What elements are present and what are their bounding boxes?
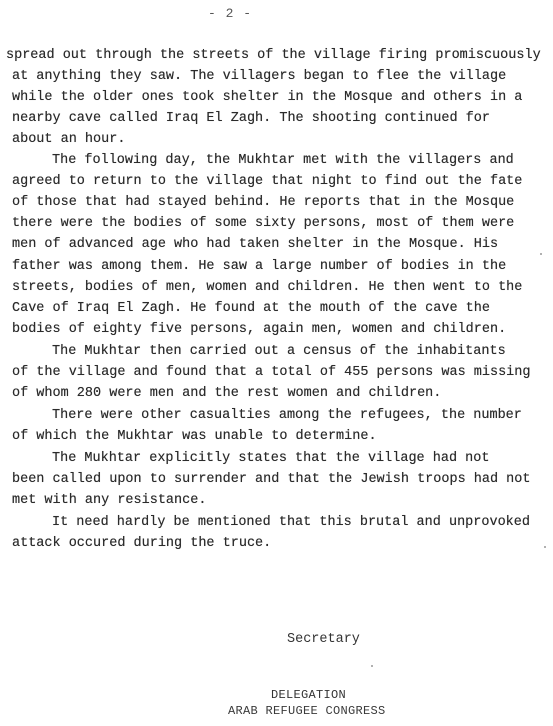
paragraph-line: Cave of Iraq El Zagh. He found at the mo… <box>12 301 490 317</box>
page-number: - 2 - <box>0 6 460 21</box>
paragraph-line: about an hour. <box>12 132 125 148</box>
paragraph-line: of whom 280 were men and the rest women … <box>12 386 441 402</box>
paragraph-line: at anything they saw. The villagers bega… <box>12 69 506 85</box>
paragraph-line: attack occured during the truce. <box>12 536 271 552</box>
paragraph-line: streets, bodies of men, women and childr… <box>12 280 522 296</box>
paragraph-first-line: The Mukhtar then carried out a census of… <box>52 344 506 360</box>
paragraph-line: met with any resistance. <box>12 493 206 509</box>
paragraph-first-line: The Mukhtar explicitly states that the v… <box>52 451 489 467</box>
signature-title: Secretary <box>287 632 360 647</box>
paragraph-first-line: There were other casualties among the re… <box>52 408 522 424</box>
paragraph-line: agreed to return to the village that nig… <box>12 174 522 190</box>
paragraph-line: father was among them. He saw a large nu… <box>12 259 506 275</box>
scan-speck <box>540 253 542 255</box>
paragraph-line: men of advanced age who had taken shelte… <box>12 237 498 253</box>
paragraph-line: nearby cave called Iraq El Zagh. The sho… <box>12 111 490 127</box>
organization-line-2: ARAB REFUGEE CONGRESS <box>228 704 386 718</box>
document-page: - 2 - spread out through the streets of … <box>0 0 553 726</box>
paragraph-line: of which the Mukhtar was unable to deter… <box>12 429 377 445</box>
paragraph-line: while the older ones took shelter in the… <box>12 90 522 106</box>
organization-line-1: DELEGATION <box>271 688 346 702</box>
paragraph-line: been called upon to surrender and that t… <box>12 472 530 488</box>
scan-speck <box>371 665 373 667</box>
paragraph-first-line: The following day, the Mukhtar met with … <box>52 153 514 169</box>
paragraph-line: bodies of eighty five persons, again men… <box>12 322 506 338</box>
scan-speck <box>544 546 546 548</box>
paragraph-first-line: It need hardly be mentioned that this br… <box>52 515 530 531</box>
paragraph-line: there were the bodies of some sixty pers… <box>12 216 514 232</box>
paragraph-line: of the village and found that a total of… <box>12 365 530 381</box>
paragraph-line: of those that had stayed behind. He repo… <box>12 195 514 211</box>
paragraph-line: spread out through the streets of the vi… <box>6 48 541 64</box>
